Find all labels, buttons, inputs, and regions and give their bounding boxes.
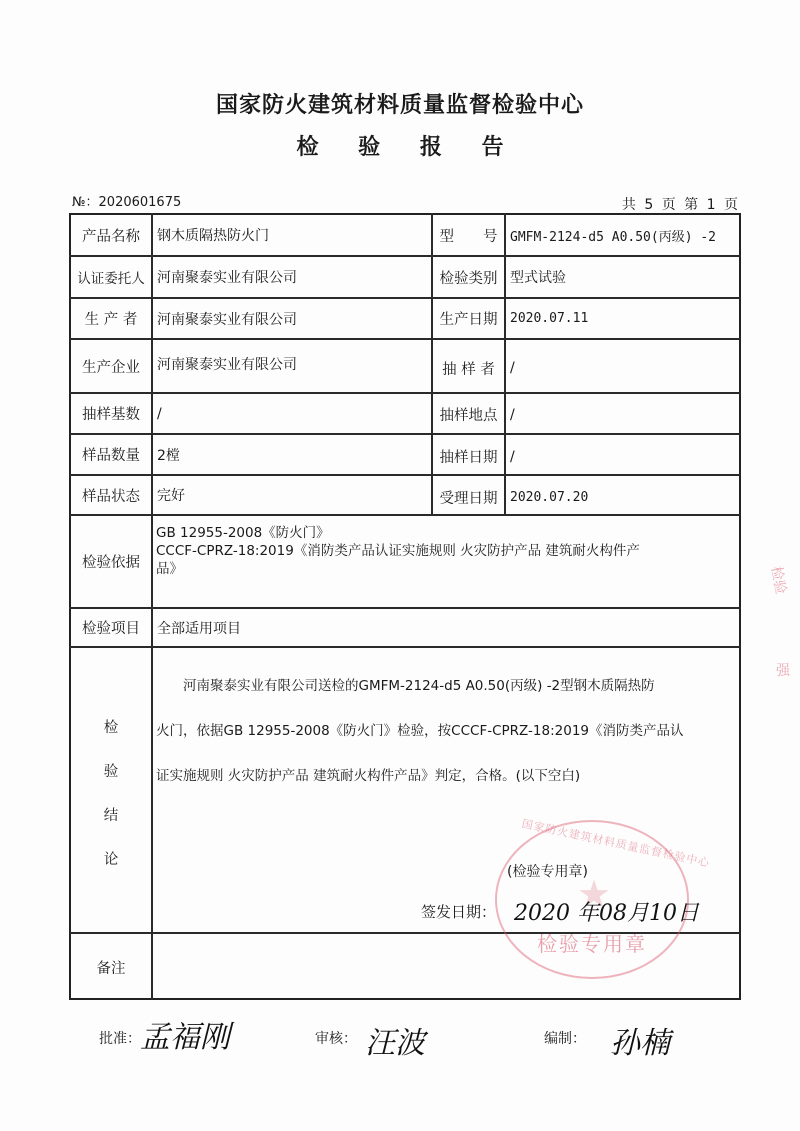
label-basis: 检验依据 [71,516,151,607]
value-model: GMFM-2124-d5 A0.50(丙级) -2 [506,215,744,255]
conclusion-text: 河南聚泰实业有限公司送检的GMFM-2124-d5 A0.50(丙级) -2型钢… [156,664,736,799]
label-product-name: 产品名称 [71,215,151,255]
stamp-note: (检验专用章) [507,861,588,881]
value-product-name: 钢木质隔热防火门 [153,215,433,255]
issue-date-label: 签发日期： [421,901,496,922]
value-test-type: 型式试验 [506,257,744,297]
value-remarks [153,934,743,1000]
report-number: №：2020601675 [72,191,181,210]
label-client: 认证委托人 [71,257,151,297]
compile-signature: 孙楠 [610,1018,670,1062]
basis-text: GB 12955-2008《防火门》 CCCF-CPRZ-18:2019《消防类… [156,524,736,578]
review-signature: 汪波 [365,1018,425,1062]
label-production-date: 生产日期 [433,299,504,338]
value-production-date: 2020.07.11 [506,299,744,338]
compile-label: 编制： [544,1028,586,1048]
label-sample-base: 抽样基数 [71,394,151,433]
issue-date: 2020 年08月10日 [514,896,699,927]
approve-signature: 孟福刚 [140,1012,230,1056]
label-sample-qty: 样品数量 [71,435,151,474]
value-sample-state: 完好 [153,476,433,514]
conclusion-line: 河南聚泰实业有限公司送检的GMFM-2124-d5 A0.50(丙级) -2型钢… [156,664,736,709]
value-accept-date: 2020.07.20 [506,477,744,517]
label-char: 检 [70,706,152,750]
label-items: 检验项目 [71,609,151,646]
label-sample-date: 抽样日期 [433,436,504,477]
value-sample-base: / [153,394,433,433]
divider [69,646,741,648]
label-remarks: 备注 [71,934,151,1000]
label-sample-location: 抽样地点 [433,394,504,435]
conclusion-line: 证实施规则 火灾防护产品 建筑耐火构件产品》判定，合格。(以下空白) [156,754,736,799]
edge-stamp-mark: 强 [776,660,790,680]
conclusion-line: 火门，依据GB 12955-2008《防火门》检验，按CCCF-CPRZ-18:… [156,709,736,754]
value-sampler: / [506,344,744,392]
label-producer: 生 产 者 [71,299,151,338]
label-test-type: 检验类别 [433,257,504,297]
value-items: 全部适用项目 [153,609,743,646]
org-title: 国家防火建筑材料质量监督检验中心 [0,88,800,119]
label-sample-state: 样品状态 [71,476,151,514]
label-char: 验 [70,750,152,794]
value-sample-date: / [506,436,744,477]
value-client: 河南聚泰实业有限公司 [153,257,433,297]
value-producer: 河南聚泰实业有限公司 [153,299,433,338]
value-sample-location: / [506,394,744,435]
basis-line: CCCF-CPRZ-18:2019《消防类产品认证实施规则 火灾防护产品 建筑耐… [156,542,736,560]
page-info: 共 5 页 第 1 页 [622,194,740,214]
label-sampler: 抽 样 者 [433,344,504,392]
basis-line: 品》 [156,560,736,578]
doc-title: 检 验 报 告 [0,130,800,161]
basis-line: GB 12955-2008《防火门》 [156,524,736,542]
label-char: 论 [70,838,152,882]
label-conclusion: 检 验 结 论 [70,706,152,882]
label-manufacturer: 生产企业 [71,340,151,392]
edge-stamp-mark: 检验 [767,564,792,595]
label-char: 结 [70,794,152,838]
value-sample-qty: 2樘 [153,435,433,474]
approve-label: 批准： [99,1028,141,1048]
label-accept-date: 受理日期 [433,477,504,517]
review-label: 审核： [315,1028,357,1048]
value-manufacturer: 河南聚泰实业有限公司 [153,340,433,388]
label-model: 型 号 [433,215,504,255]
